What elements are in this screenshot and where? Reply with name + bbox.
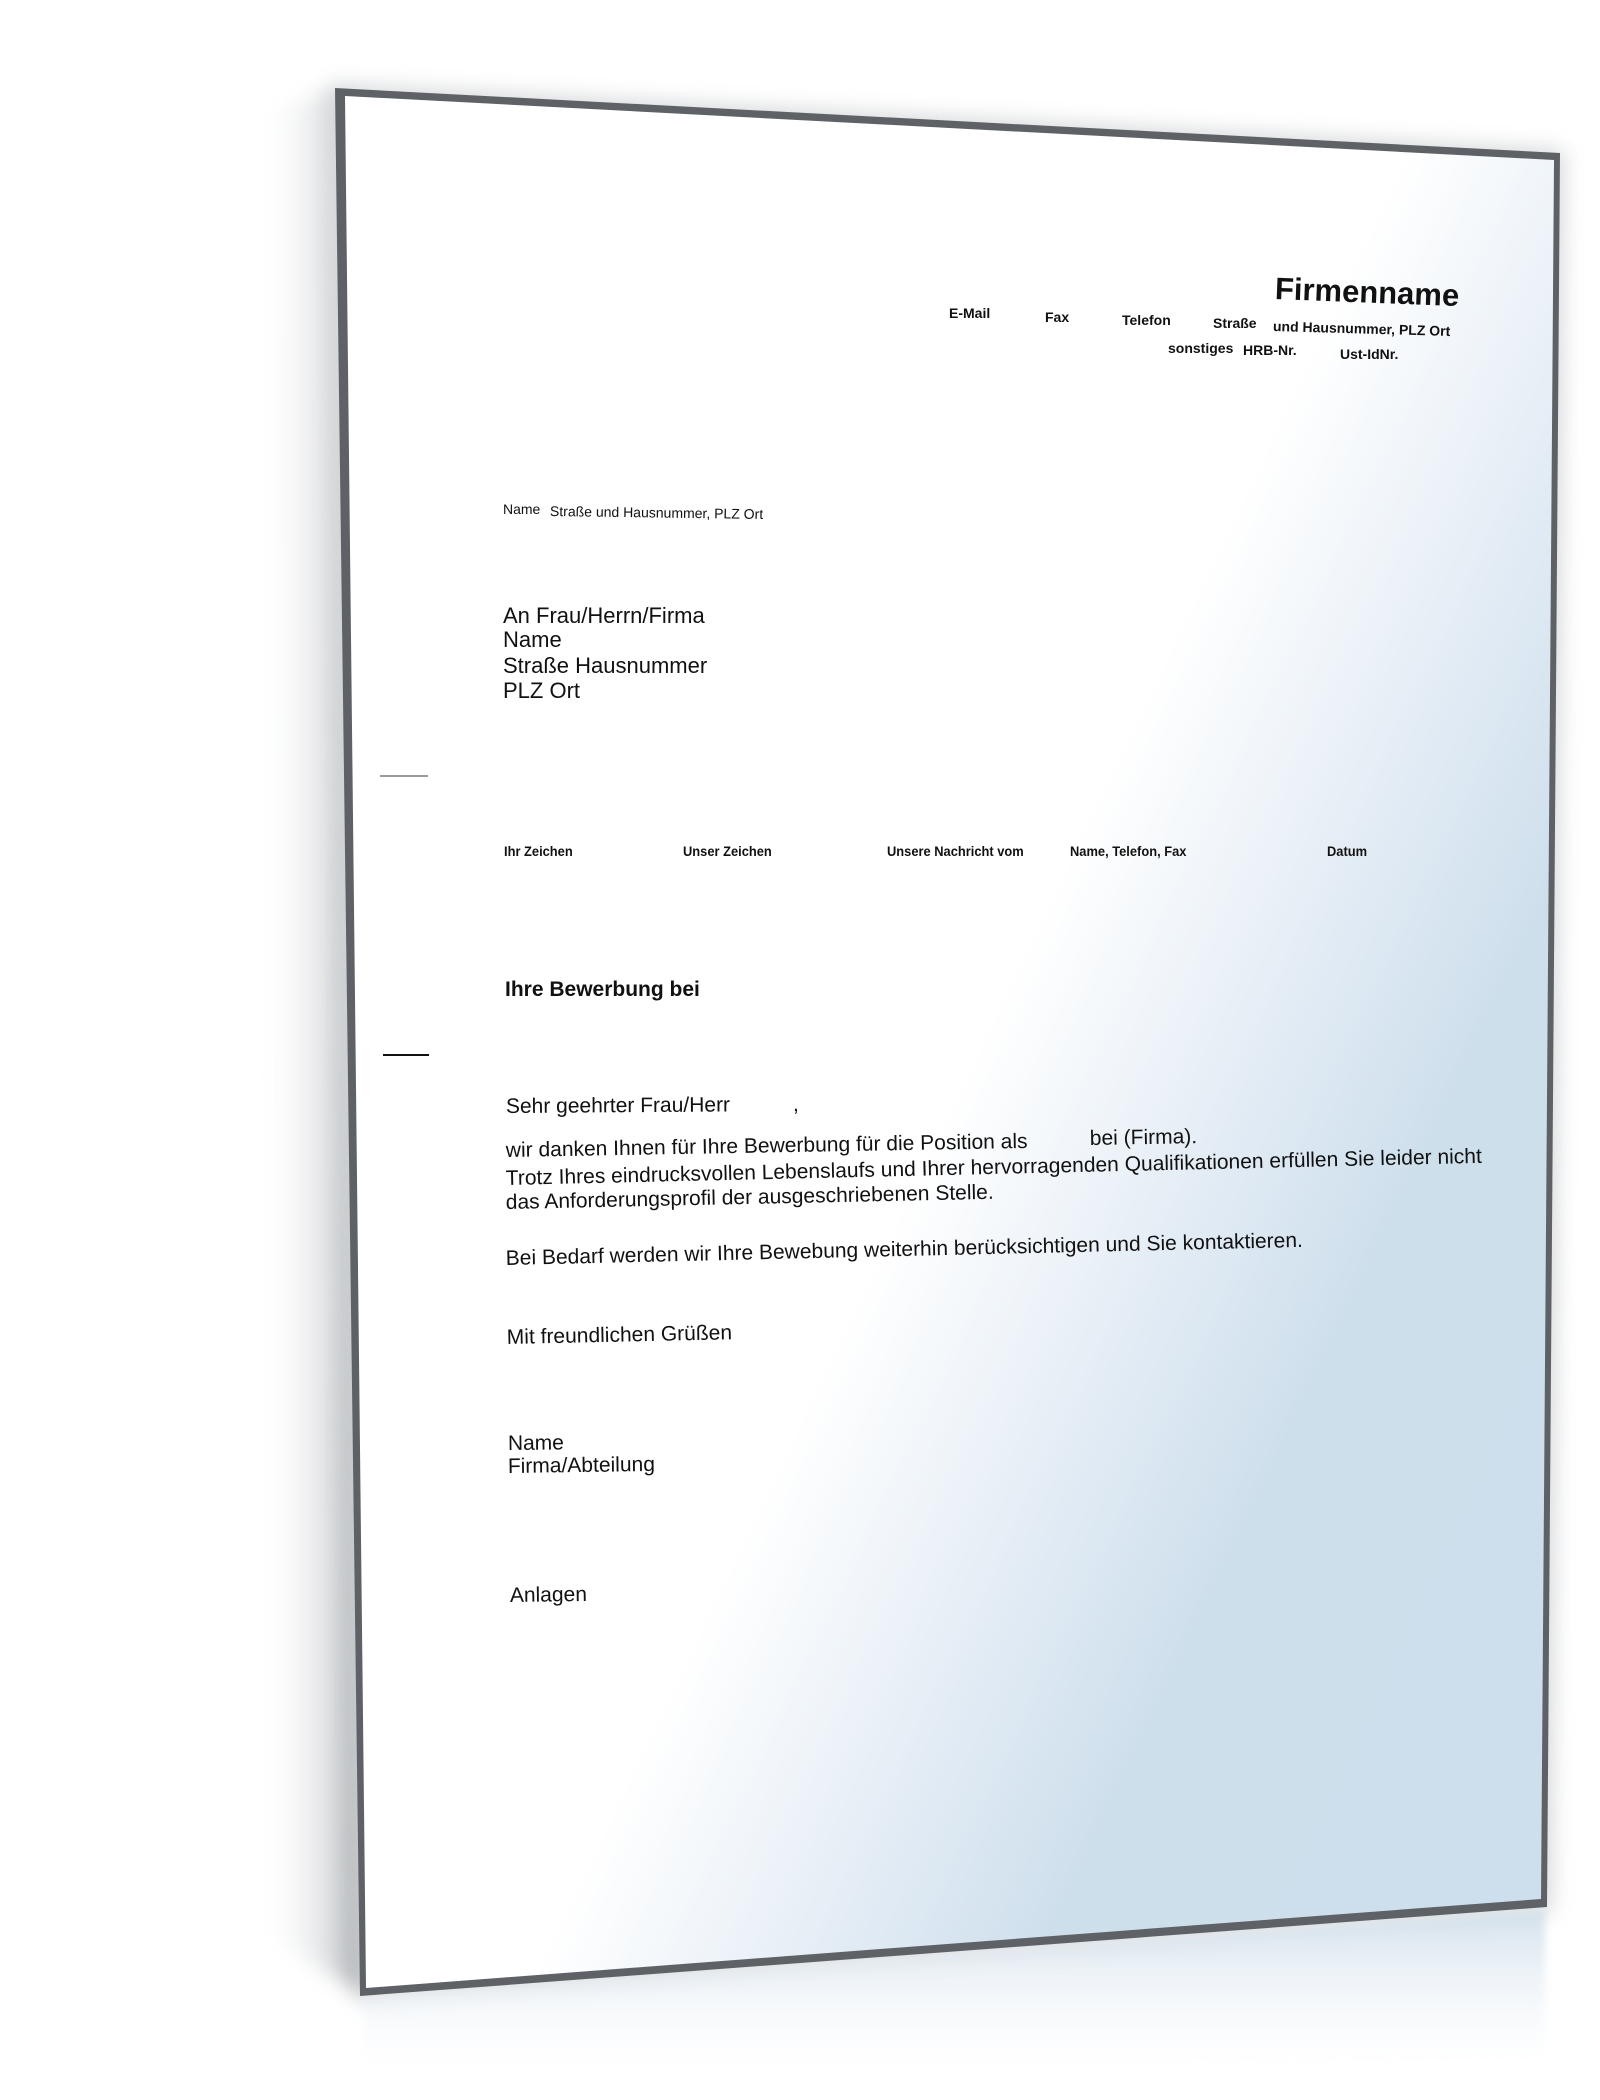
- salutation: Sehr geehrter Frau/Herr: [506, 1094, 730, 1117]
- body-line: bei (Firma).: [1090, 1126, 1198, 1149]
- header-street-label: Straße: [1213, 316, 1257, 330]
- enclosures: Anlagen: [510, 1584, 587, 1606]
- recipient-line: Straße Hausnummer: [503, 655, 707, 677]
- header-hrb-label: HRB-Nr.: [1243, 343, 1297, 357]
- reference-label: Unser Zeichen: [683, 844, 772, 858]
- signature-name: Name: [508, 1432, 564, 1454]
- signature-department: Firma/Abteilung: [508, 1454, 655, 1477]
- recipient-line: PLZ Ort: [503, 680, 580, 702]
- header-vat-label: Ust-IdNr.: [1340, 347, 1398, 361]
- recipient-line: Name: [503, 629, 562, 651]
- reference-label: Unsere Nachricht vom: [887, 844, 1024, 858]
- header-phone-label: Telefon: [1122, 313, 1171, 327]
- sender-address: Straße und Hausnummer, PLZ Ort: [550, 504, 763, 521]
- company-name: Firmenname: [1274, 273, 1459, 311]
- salutation-comma: ,: [793, 1094, 799, 1115]
- header-email-label: E-Mail: [949, 306, 990, 320]
- sender-name: Name: [503, 502, 540, 516]
- reference-label: Ihr Zeichen: [504, 844, 573, 858]
- letter-subject: Ihre Bewerbung bei: [505, 979, 700, 1000]
- reference-label: Name, Telefon, Fax: [1070, 844, 1186, 858]
- reference-label: Datum: [1327, 844, 1367, 858]
- fold-mark-middle: [383, 1054, 429, 1056]
- fold-mark-top: [380, 775, 428, 777]
- page-shape: [0, 0, 1600, 2100]
- document-preview: Firmenname E-Mail Fax Telefon Straße und…: [0, 0, 1600, 2100]
- header-other-label: sonstiges: [1168, 341, 1233, 355]
- recipient-line: An Frau/Herrn/Firma: [503, 605, 705, 627]
- closing: Mit freundlichen Grüßen: [507, 1322, 733, 1348]
- header-fax-label: Fax: [1045, 310, 1069, 324]
